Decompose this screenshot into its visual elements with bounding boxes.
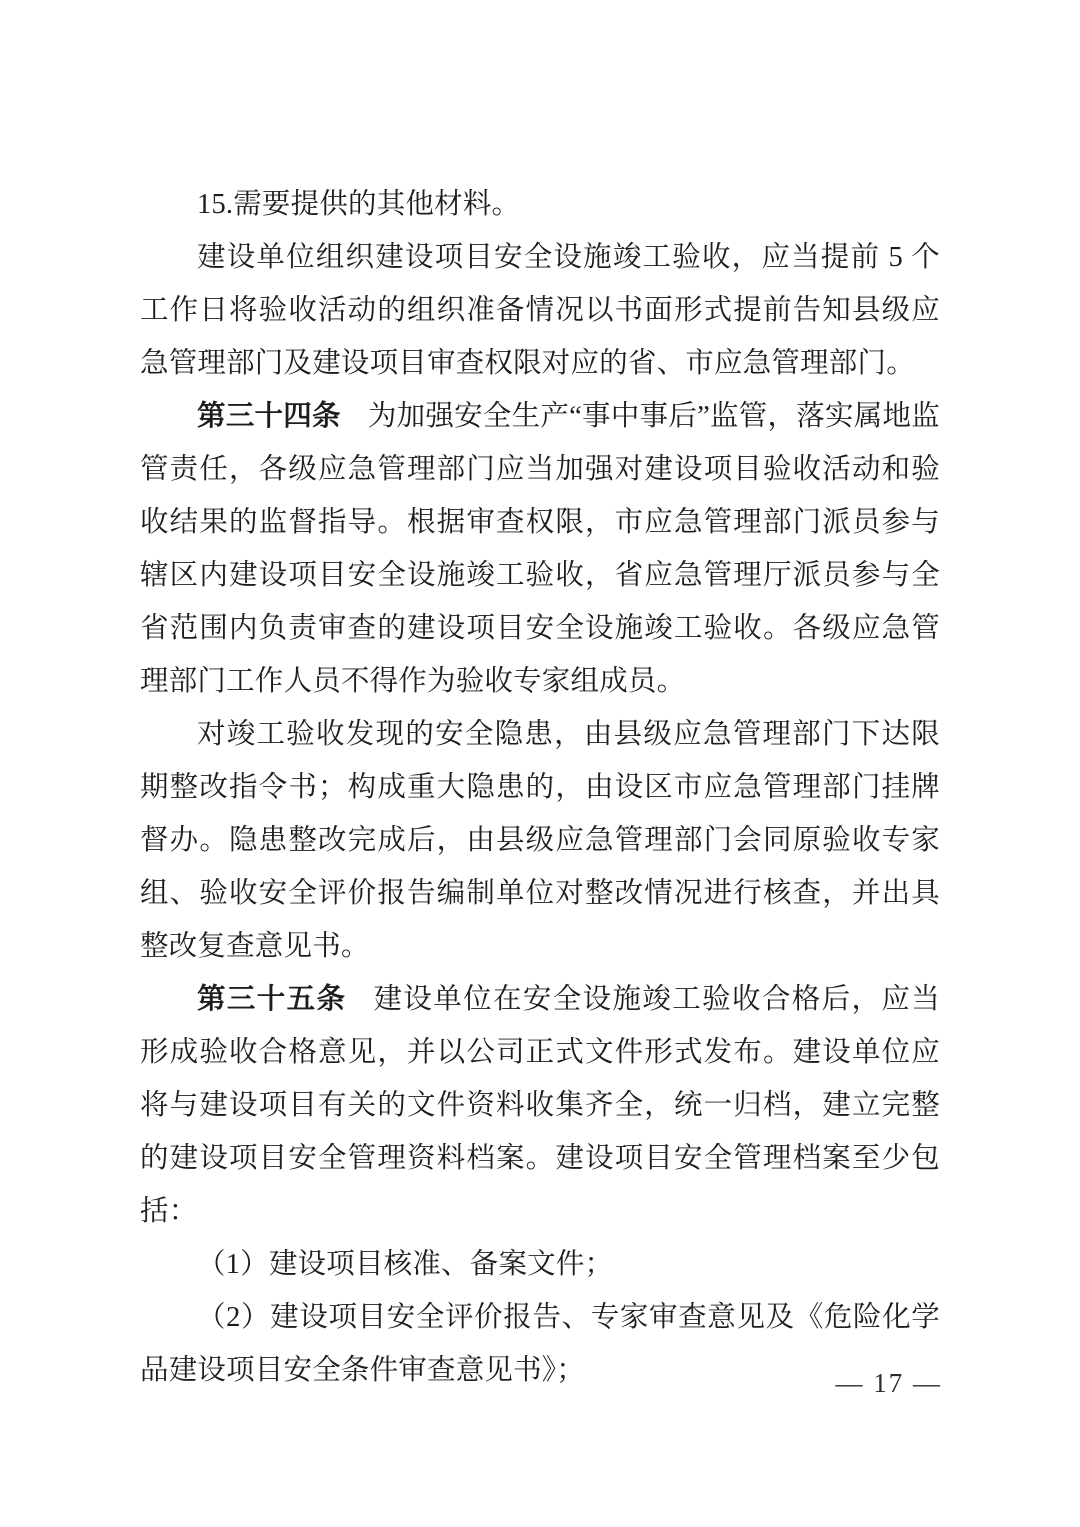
article-number-label: 第三十四条 bbox=[197, 401, 341, 432]
article-paragraph: 第三十五条建设单位在安全设施竣工验收合格后，应当形成验收合格意见，并以公司正式文… bbox=[140, 973, 940, 1238]
list-item-paragraph: （1）建设项目核准、备案文件； bbox=[140, 1238, 940, 1291]
body-paragraph: 15.需要提供的其他材料。 bbox=[140, 178, 940, 231]
body-paragraph: 对竣工验收发现的安全隐患，由县级应急管理部门下达限期整改指令书；构成重大隐患的，… bbox=[140, 708, 940, 973]
page-number: — 17 — bbox=[836, 1368, 943, 1398]
document-body: 15.需要提供的其他材料。建设单位组织建设项目安全设施竣工验收，应当提前 5 个… bbox=[140, 178, 940, 1397]
article-number-label: 第三十五条 bbox=[197, 984, 346, 1015]
article-paragraph: 第三十四条为加强安全生产“事中事后”监管，落实属地监管责任，各级应急管理部门应当… bbox=[140, 390, 940, 708]
body-paragraph: 建设单位组织建设项目安全设施竣工验收，应当提前 5 个工作日将验收活动的组织准备… bbox=[140, 231, 940, 390]
document-page: 15.需要提供的其他材料。建设单位组织建设项目安全设施竣工验收，应当提前 5 个… bbox=[0, 0, 1080, 1527]
list-item-paragraph: （2）建设项目安全评价报告、专家审查意见及《危险化学品建设项目安全条件审查意见书… bbox=[140, 1291, 940, 1397]
